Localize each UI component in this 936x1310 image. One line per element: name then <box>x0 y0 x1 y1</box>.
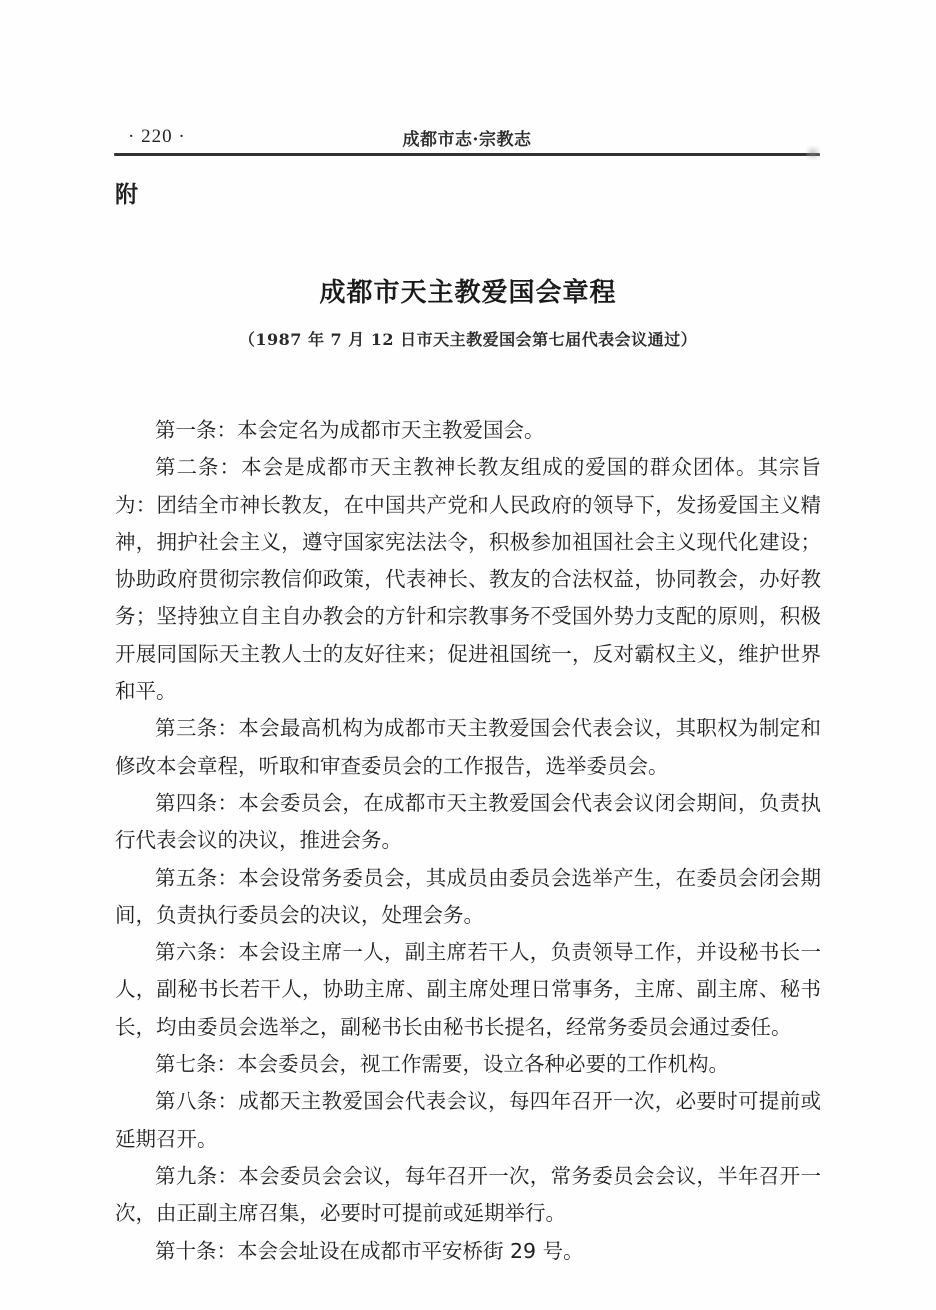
article-1: 第一条：本会定名为成都市天主教爱国会。 <box>115 412 821 449</box>
document-title: 成都市天主教爱国会章程 <box>0 272 936 309</box>
document-body: 第一条：本会定名为成都市天主教爱国会。 第二条：本会是成都市天主教神长教友组成的… <box>115 412 821 1270</box>
document-subtitle: （1987 年 7 月 12 日市天主教爱国会第七届代表会议通过） <box>0 327 936 350</box>
article-10: 第十条：本会会址设在成都市平安桥街 29 号。 <box>115 1233 821 1270</box>
article-6: 第六条：本会设主席一人，副主席若干人，负责领导工作，并设秘书长一人，副秘书长若干… <box>115 934 821 1046</box>
running-header: · 220 · 成都市志·宗教志 <box>114 124 820 154</box>
article-9: 第九条：本会委员会会议，每年召开一次，常务委员会会议，半年召开一次，由正副主席召… <box>115 1158 821 1233</box>
article-5: 第五条：本会设常务委员会，其成员由委员会选举产生，在委员会闭会期间，负责执行委员… <box>115 860 821 935</box>
article-3: 第三条：本会最高机构为成都市天主教爱国会代表会议，其职权为制定和修改本会章程，听… <box>115 710 821 785</box>
article-2: 第二条：本会是成都市天主教神长教友组成的爱国的群众团体。其宗旨为：团结全市神长教… <box>115 449 821 710</box>
article-4: 第四条：本会委员会，在成都市天主教爱国会代表会议闭会期间，负责执行代表会议的决议… <box>115 785 821 860</box>
appendix-label: 附 <box>115 176 138 209</box>
article-8: 第八条：成都天主教爱国会代表会议，每四年召开一次，必要时可提前或延期召开。 <box>115 1083 821 1158</box>
book-title: 成都市志·宗教志 <box>114 125 820 150</box>
header-rule-divider <box>114 153 820 156</box>
scan-smudge <box>806 146 820 160</box>
article-7: 第七条：本会委员会，视工作需要，设立各种必要的工作机构。 <box>115 1046 821 1083</box>
document-page: · 220 · 成都市志·宗教志 附 成都市天主教爱国会章程 （1987 年 7… <box>0 0 936 1310</box>
